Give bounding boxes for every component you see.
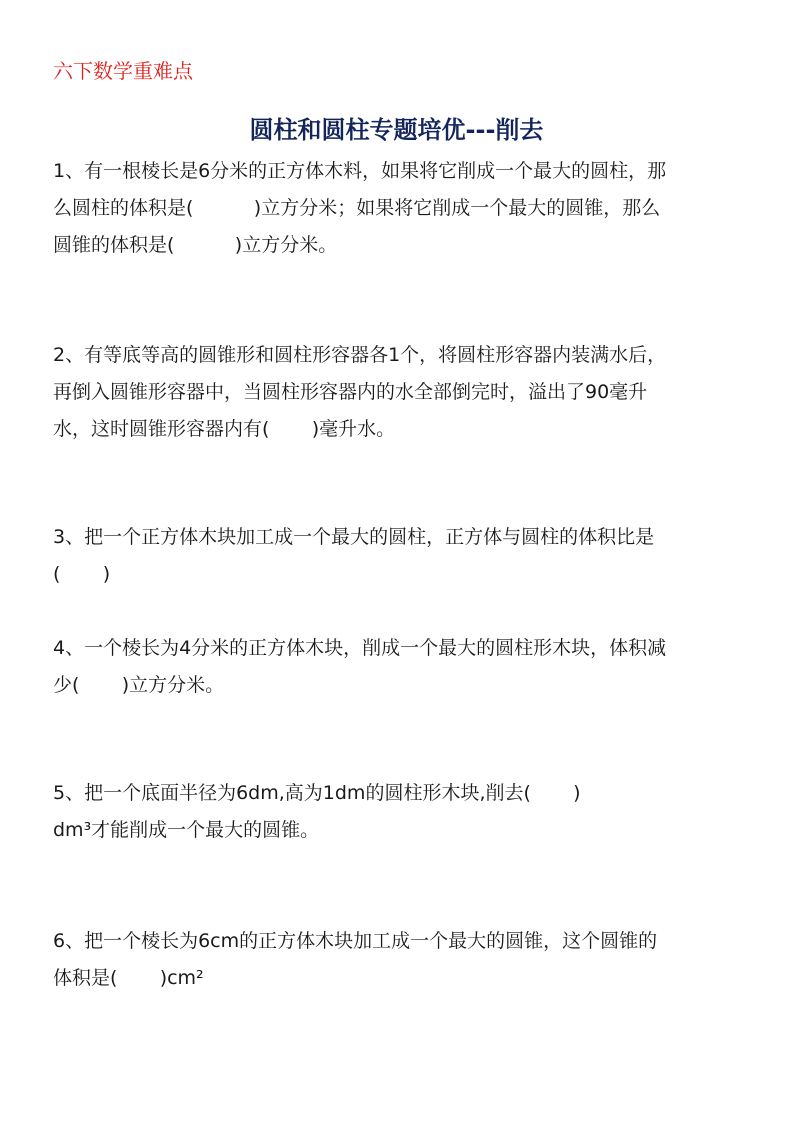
question-line: 3、把一个正方体木块加工成一个最大的圆柱，正方体与圆柱的体积比是 <box>53 519 743 556</box>
question-line: 4、一个棱长为4分米的正方体木块，削成一个最大的圆柱形木块，体积减 <box>53 630 743 667</box>
question-line: 1、有一根棱长是6分米的正方体木料，如果将它削成一个最大的圆柱，那 <box>53 153 743 190</box>
question-5: 5、把一个底面半径为6dm,高为1dm的圆柱形木块,削去( ) dm³才能削成一… <box>53 775 743 849</box>
page-title: 圆柱和圆柱专题培优---削去 <box>0 113 793 147</box>
question-line: 圆锥的体积是( )立方分米。 <box>53 227 743 264</box>
question-line: 少( )立方分米。 <box>53 667 743 704</box>
header-tag: 六下数学重难点 <box>53 58 193 84</box>
question-line: 体积是( )cm² <box>53 960 743 997</box>
question-4: 4、一个棱长为4分米的正方体木块，削成一个最大的圆柱形木块，体积减 少( )立方… <box>53 630 743 704</box>
question-line: 再倒入圆锥形容器中，当圆柱形容器内的水全部倒完时，溢出了90毫升 <box>53 374 743 411</box>
question-line: dm³才能削成一个最大的圆锥。 <box>53 812 743 849</box>
question-3: 3、把一个正方体木块加工成一个最大的圆柱，正方体与圆柱的体积比是 ( ) <box>53 519 743 593</box>
question-line: 水，这时圆锥形容器内有( )毫升水。 <box>53 411 743 448</box>
question-line: 么圆柱的体积是( )立方分米；如果将它削成一个最大的圆锥，那么 <box>53 190 743 227</box>
question-6: 6、把一个棱长为6cm的正方体木块加工成一个最大的圆锥，这个圆锥的 体积是( )… <box>53 923 743 997</box>
question-line: 2、有等底等高的圆锥形和圆柱形容器各1个，将圆柱形容器内装满水后， <box>53 337 743 374</box>
question-line: ( ) <box>53 556 743 593</box>
question-line: 6、把一个棱长为6cm的正方体木块加工成一个最大的圆锥，这个圆锥的 <box>53 923 743 960</box>
question-1: 1、有一根棱长是6分米的正方体木料，如果将它削成一个最大的圆柱，那 么圆柱的体积… <box>53 153 743 264</box>
question-2: 2、有等底等高的圆锥形和圆柱形容器各1个，将圆柱形容器内装满水后， 再倒入圆锥形… <box>53 337 743 448</box>
question-line: 5、把一个底面半径为6dm,高为1dm的圆柱形木块,削去( ) <box>53 775 743 812</box>
